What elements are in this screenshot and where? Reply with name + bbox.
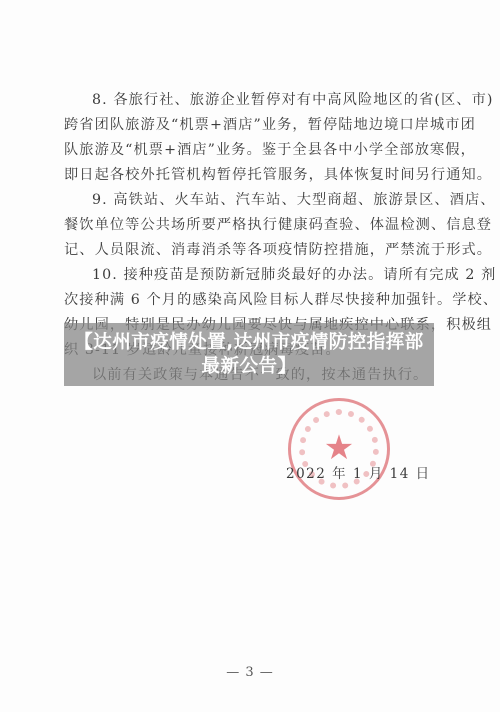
doc-line-5: 9. 高铁站、火车站、汽车站、大型商超、旅游景区、酒店、 [92, 188, 472, 213]
doc-line-4: 即日起各校外托管机构暂停托管服务，具体恢复时间另行通知。 [64, 163, 444, 188]
doc-line-9: 次接种满 6 个月的感染高风险目标人群尽快接种加强针。学校、 [64, 288, 444, 313]
doc-line-6: 餐饮单位等公共场所要严格执行健康码查验、体温检测、信息登 [64, 213, 444, 238]
doc-line-7: 记、人员限流、消毒消杀等各项疫情防控措施，严禁流于形式。 [64, 238, 444, 263]
doc-line-2: 跨省团队旅游及“机票+酒店”业务，暂停陆地边境口岸城市团 [64, 113, 444, 138]
doc-line-3: 队旅游及“机票+酒店”业务。鉴于全县各中小学全部放寒假， [64, 138, 444, 163]
doc-line-8: 10. 接种疫苗是预防新冠肺炎最好的办法。请所有完成 2 剂 [92, 263, 472, 288]
doc-line-1: 8. 各旅行社、旅游企业暂停对有中高风险地区的省(区、市) [92, 88, 472, 113]
document-date: 2022 年 1 月 14 日 [286, 463, 431, 485]
page-number: — 3 — [0, 665, 500, 680]
overlay-title: 【达州市疫情处置,达州市疫情防控指挥部最新公告】 [69, 331, 429, 379]
title-overlay-banner: 【达州市疫情处置,达州市疫情防控指挥部最新公告】 [64, 323, 434, 386]
star-icon: ★ [291, 431, 387, 465]
